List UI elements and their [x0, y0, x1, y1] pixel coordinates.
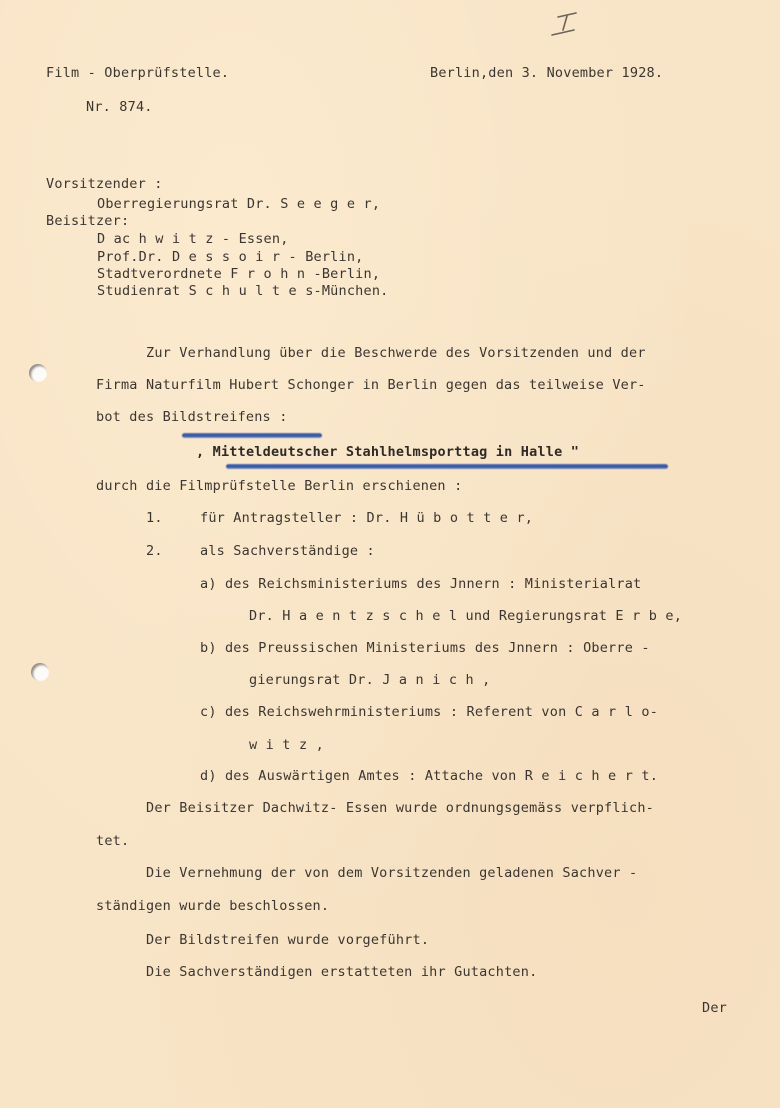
expert-c-line-1: c) des Reichswehrministeriums : Referent… [200, 704, 658, 720]
assessor: Stadtverordnete F r o h n -Berlin, [97, 266, 380, 282]
assessors-label: Beisitzer: [46, 213, 129, 229]
blue-crayon-mark-top [182, 433, 322, 438]
item-1-number: 1. [146, 510, 163, 526]
appeared-line: durch die Filmprüfstelle Berlin erschien… [96, 478, 462, 494]
item-2-number: 2. [146, 543, 163, 559]
assessor: Studienrat S c h u l t e s-München. [97, 283, 388, 299]
item-2-text: als Sachverständige : [200, 543, 375, 559]
expert-a-line-1: a) des Reichsministeriums des Jnnern : M… [200, 576, 641, 592]
assessor: D ac h w i t z - Essen, [97, 231, 289, 247]
expert-b-line-2: gierungsrat Dr. J a n i c h , [249, 672, 491, 688]
expert-b-line-1: b) des Preussischen Ministeriums des Jnn… [200, 640, 650, 656]
chair-name: Oberregierungsrat Dr. S e e g e r, [97, 196, 380, 212]
intro-line-1: Zur Verhandlung über die Beschwerde des … [146, 345, 646, 361]
place-and-date: Berlin,den 3. November 1928. [430, 65, 663, 81]
oath-line-1: Der Beisitzer Dachwitz- Essen wurde ordn… [146, 800, 654, 816]
assessor: Prof.Dr. D e s s o i r - Berlin, [97, 249, 364, 265]
expert-d: d) des Auswärtigen Amtes : Attache von R… [200, 768, 658, 784]
expert-a-line-2: Dr. H a e n t z s c h e l und Regierungs… [249, 608, 682, 624]
document-number: Nr. 874. [86, 99, 153, 115]
expert-c-line-2: w i t z , [249, 737, 324, 753]
reports-line: Die Sachverständigen erstatteten ihr Gut… [146, 964, 537, 980]
hearing-line-2: ständigen wurde beschlossen. [96, 898, 329, 914]
chair-label: Vorsitzender : [46, 176, 163, 192]
punch-hole-upper [29, 364, 47, 382]
intro-line-3: bot des Bildstreifens : [96, 409, 288, 425]
item-1-text: für Antragsteller : Dr. H ü b o t t e r, [200, 510, 533, 526]
screening-line: Der Bildstreifen wurde vorgeführt. [146, 932, 429, 948]
blue-crayon-underline [226, 464, 668, 469]
punch-hole-lower [31, 663, 49, 681]
oath-line-2: tet. [96, 833, 129, 849]
handwritten-roman-numeral-one [548, 8, 582, 38]
film-title: , Mitteldeutscher Stahlhelmsporttag in H… [196, 444, 579, 460]
hearing-line-1: Die Vernehmung der von dem Vorsitzenden … [146, 865, 637, 881]
office-name: Film - Oberprüfstelle. [46, 65, 229, 81]
catchword: Der [702, 1000, 727, 1016]
intro-line-2: Firma Naturfilm Hubert Schonger in Berli… [96, 377, 646, 393]
